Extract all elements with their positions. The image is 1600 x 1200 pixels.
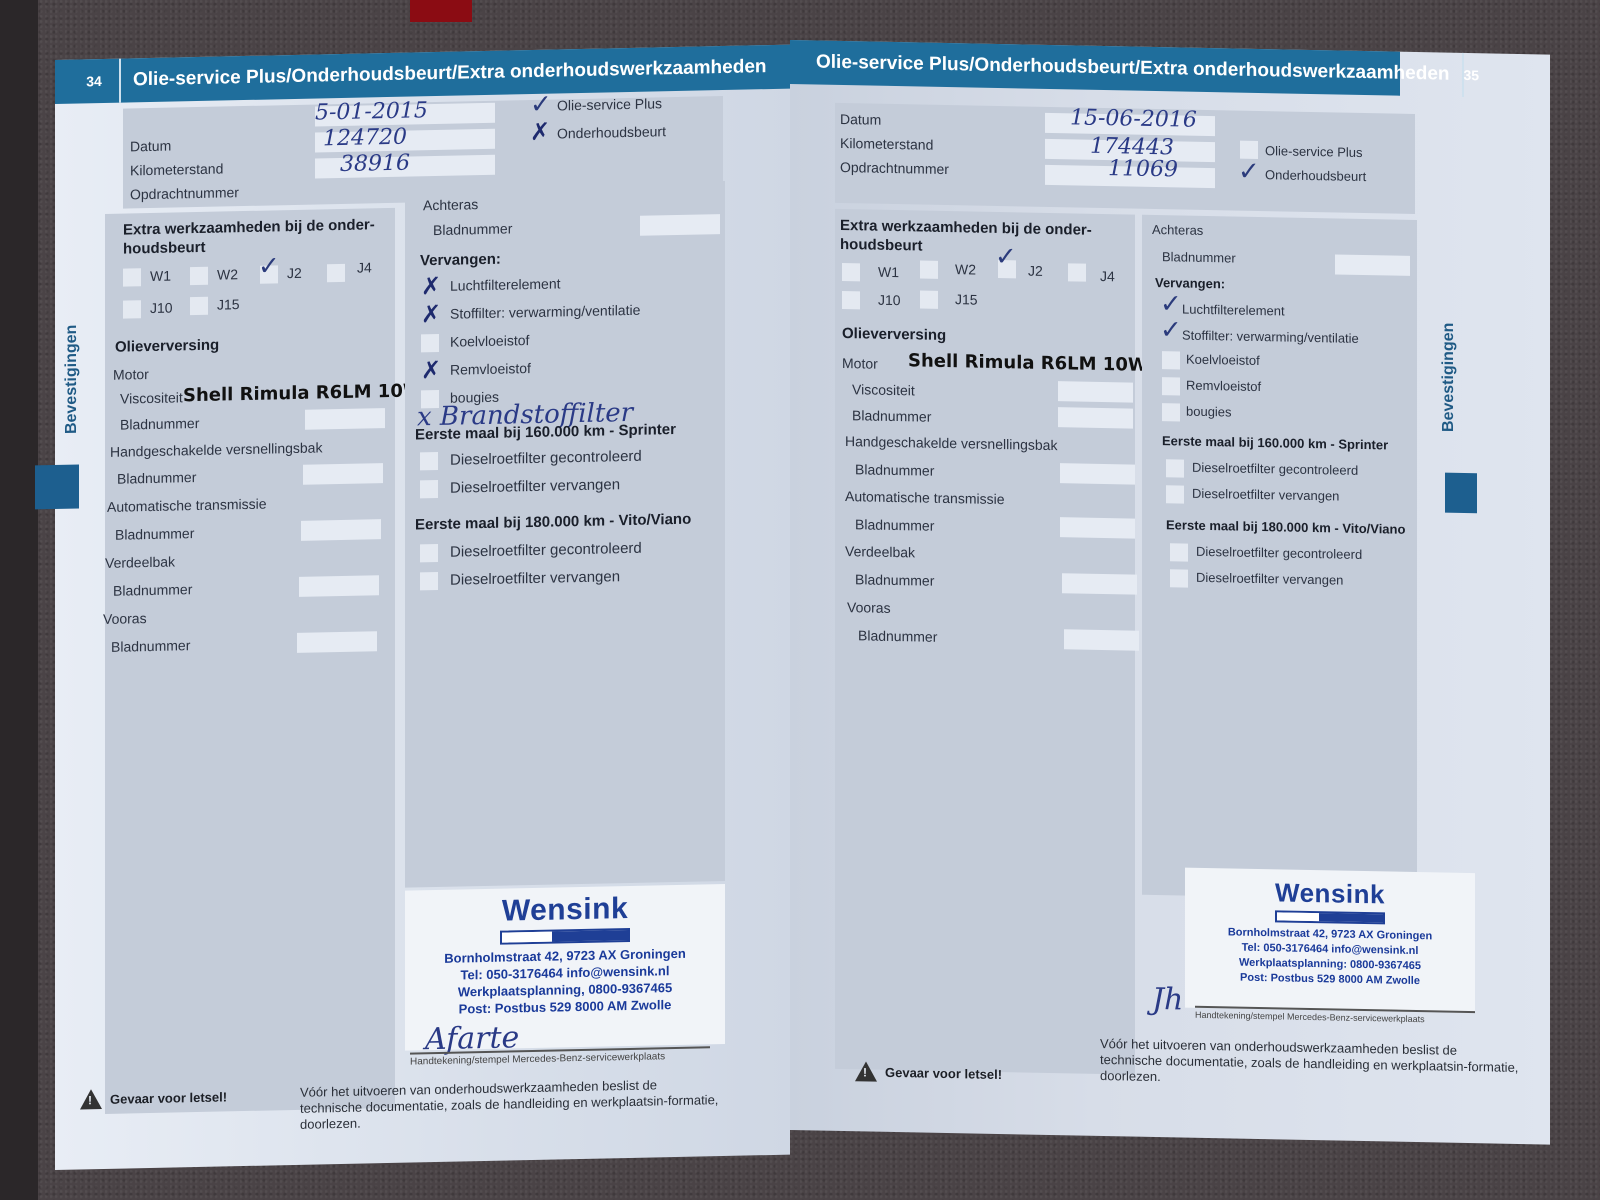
- section-tab-marker: [35, 464, 79, 509]
- option-w1-label: W1: [878, 264, 899, 280]
- checkbox-sprinter-gecontroleerd[interactable]: [1166, 459, 1184, 477]
- option-j15-label: J15: [955, 291, 978, 307]
- checkbox-w2[interactable]: [190, 267, 208, 285]
- achteras-bladnummer-label: Bladnummer: [1162, 249, 1236, 265]
- checkbox-w2[interactable]: [920, 260, 938, 278]
- checkbox-vito-vervangen[interactable]: [1170, 569, 1188, 587]
- page-header: 34 Olie-service Plus/Onderhoudsbeurt/Ext…: [55, 45, 790, 104]
- stamp-brand: Wensink: [405, 890, 725, 931]
- checkbox-j10[interactable]: [842, 291, 860, 309]
- warning: Gevaar voor letsel!: [855, 1061, 1002, 1084]
- page-number: 34: [69, 59, 121, 104]
- koelvloeistof-label: Koelvloeistof: [1186, 352, 1260, 368]
- j2-check-icon: ✓: [258, 253, 280, 279]
- option-j10-label: J10: [878, 292, 901, 308]
- vooras-label: Vooras: [103, 610, 147, 627]
- signature: Jh: [1152, 982, 1183, 1018]
- viscositeit-label: Viscositeit: [120, 389, 183, 406]
- background-shadow: [0, 0, 38, 1200]
- option-j2-label: J2: [1028, 263, 1043, 279]
- vooras-label: Vooras: [847, 599, 891, 616]
- stamp-logo-bar: [500, 928, 630, 945]
- verdeelbak-bladnummer-field[interactable]: [299, 575, 379, 597]
- stoffilter-check-icon[interactable]: ✓: [1160, 317, 1182, 343]
- checkbox-j15[interactable]: [190, 297, 208, 315]
- viscositeit-label: Viscositeit: [852, 381, 915, 398]
- automatische-bladnummer-field[interactable]: [301, 519, 381, 541]
- automatische-bladnummer-label: Bladnummer: [115, 525, 194, 543]
- verdeelbak-bladnummer-label: Bladnummer: [855, 571, 934, 589]
- maintenance-note: Vóór het uitvoeren van onderhoudswerkzaa…: [1100, 1036, 1520, 1092]
- motor-bladnummer-field[interactable]: [305, 408, 385, 430]
- sprinter-gecontroleerd-label: Dieselroetfilter gecontroleerd: [1192, 460, 1358, 478]
- extra-werkzaamheden-title: Extra werkzaamheden bij de onder-houdsbe…: [123, 215, 383, 258]
- remvloeistof-label: Remvloeistof: [450, 360, 531, 378]
- verdeelbak-label: Verdeelbak: [105, 553, 175, 570]
- vooras-bladnummer-label: Bladnummer: [111, 637, 190, 655]
- remvloeistof-label: Remvloeistof: [1186, 378, 1261, 394]
- option-j4-label: J4: [357, 259, 372, 275]
- opdrachtnummer-value: 38916: [340, 151, 410, 177]
- stamp-logo-bar: [1275, 910, 1385, 924]
- olie-service-plus-check-icon[interactable]: ✓: [530, 92, 552, 118]
- onderhoudsbeurt-check-icon[interactable]: ✓: [1238, 159, 1260, 185]
- vito-vervangen-label: Dieselroetfilter vervangen: [1196, 570, 1343, 588]
- opdrachtnummer-label: Opdrachtnummer: [130, 184, 239, 202]
- warning-triangle-icon: [80, 1089, 102, 1109]
- handgeschakelde-bladnummer-label: Bladnummer: [117, 469, 196, 487]
- maintenance-note: Vóór het uitvoeren van onderhoudswerkzaa…: [300, 1076, 720, 1133]
- checkbox-vito-vervangen[interactable]: [420, 572, 438, 590]
- page-title: Olie-service Plus/Onderhoudsbeurt/Extra …: [121, 56, 779, 92]
- warning-text: Gevaar voor letsel!: [110, 1089, 227, 1106]
- checkbox-j15[interactable]: [920, 290, 938, 308]
- handgeschakelde-bladnummer-label: Bladnummer: [855, 461, 934, 479]
- kilometerstand-label: Kilometerstand: [840, 135, 933, 153]
- extra-werkzaamheden-title: Extra werkzaamheden bij de onder-houdsbe…: [840, 216, 1110, 259]
- automatische-label: Automatische transmissie: [845, 488, 1005, 507]
- datum-label: Datum: [130, 138, 171, 155]
- stamp-brand: Wensink: [1185, 876, 1475, 913]
- page-title: Olie-service Plus/Onderhoudsbeurt/Extra …: [804, 51, 1462, 86]
- checkbox-remvloeistof[interactable]: [1162, 377, 1180, 395]
- vooras-bladnummer-label: Bladnummer: [858, 627, 937, 645]
- checkbox-sprinter-vervangen[interactable]: [420, 480, 438, 498]
- verdeelbak-bladnummer-label: Bladnummer: [113, 581, 192, 599]
- datum-value: 5-01-2015: [315, 98, 428, 125]
- kilometerstand-label: Kilometerstand: [130, 160, 223, 178]
- vooras-bladnummer-field[interactable]: [1064, 629, 1139, 650]
- checkbox-koelvloeistof[interactable]: [1162, 351, 1180, 369]
- achteras-bladnummer-field[interactable]: [1335, 254, 1410, 275]
- option-w2-label: W2: [955, 261, 976, 277]
- checkbox-koelvloeistof[interactable]: [421, 334, 439, 352]
- checkbox-j4[interactable]: [1068, 263, 1086, 281]
- achteras-bladnummer-field[interactable]: [640, 214, 720, 236]
- koelvloeistof-label: Koelvloeistof: [450, 332, 529, 350]
- checkbox-j4[interactable]: [327, 264, 345, 282]
- automatische-bladnummer-field[interactable]: [1060, 517, 1135, 538]
- kilometerstand-value: 124720: [323, 125, 407, 152]
- achteras-label: Achteras: [1152, 222, 1203, 238]
- motor-bladnummer-field[interactable]: [1058, 407, 1133, 428]
- luchtfilter-label: Luchtfilterelement: [1182, 302, 1285, 319]
- motor-label: Motor: [842, 355, 878, 372]
- page-35: Olie-service Plus/Onderhoudsbeurt/Extra …: [790, 40, 1550, 1145]
- verdeelbak-label: Verdeelbak: [845, 543, 915, 560]
- checkbox-w1[interactable]: [123, 268, 141, 286]
- dealer-stamp: Wensink Bornholmstraat 42, 9723 AX Groni…: [1185, 868, 1475, 1014]
- checkbox-sprinter-vervangen[interactable]: [1166, 485, 1184, 503]
- checkbox-sprinter-gecontroleerd[interactable]: [420, 452, 438, 470]
- option-j15-label: J15: [217, 296, 240, 312]
- option-j10-label: J10: [150, 300, 173, 316]
- luchtfilter-cross-icon[interactable]: ✗: [421, 274, 441, 298]
- warning: Gevaar voor letsel!: [80, 1086, 227, 1109]
- vito-gecontroleerd-label: Dieselroetfilter gecontroleerd: [1196, 544, 1362, 562]
- vervangen-title: Vervangen:: [420, 251, 501, 270]
- automatische-bladnummer-label: Bladnummer: [855, 516, 934, 534]
- option-w1-label: W1: [150, 268, 171, 284]
- bookmark-ribbon: [410, 0, 472, 22]
- datum-value: 15-06-2016: [1070, 105, 1197, 132]
- option-j2-label: J2: [287, 265, 302, 281]
- checkbox-w1[interactable]: [842, 263, 860, 281]
- olie-service-plus-label: Olie-service Plus: [1265, 143, 1363, 160]
- checkbox-vito-gecontroleerd[interactable]: [420, 544, 438, 562]
- vito-vervangen-label: Dieselroetfilter vervangen: [450, 568, 620, 589]
- motor-bladnummer-label: Bladnummer: [120, 415, 199, 433]
- warning-text: Gevaar voor letsel!: [885, 1064, 1002, 1081]
- luchtfilter-check-icon[interactable]: ✓: [1160, 291, 1182, 317]
- opdrachtnummer-label: Opdrachtnummer: [840, 159, 949, 177]
- motor-bladnummer-label: Bladnummer: [852, 407, 931, 425]
- datum-label: Datum: [840, 111, 881, 128]
- luchtfilter-label: Luchtfilterelement: [450, 275, 561, 293]
- achteras-bladnummer-label: Bladnummer: [433, 220, 512, 238]
- section-tab-label: Bevestigingen: [63, 324, 91, 434]
- remvloeistof-cross-icon[interactable]: ✗: [421, 358, 441, 382]
- olie-service-plus-label: Olie-service Plus: [557, 95, 662, 113]
- automatische-label: Automatische transmissie: [107, 496, 267, 515]
- motor-label: Motor: [113, 366, 149, 383]
- onderhoudsbeurt-label: Onderhoudsbeurt: [557, 123, 666, 141]
- warning-triangle-icon: [855, 1061, 877, 1081]
- section-tab-marker: [1445, 473, 1477, 514]
- opdrachtnummer-value: 11069: [1108, 156, 1178, 182]
- sprinter-vervangen-label: Dieselroetfilter vervangen: [450, 476, 620, 497]
- viscositeit-field[interactable]: [1058, 381, 1133, 402]
- section-tab-label: Bevestigingen: [1440, 322, 1468, 432]
- verdeelbak-bladnummer-field[interactable]: [1062, 573, 1137, 594]
- bougies-label: bougies: [1186, 404, 1232, 420]
- page-header: Olie-service Plus/Onderhoudsbeurt/Extra …: [790, 40, 1400, 96]
- checkbox-bougies[interactable]: [1162, 403, 1180, 421]
- stoffilter-cross-icon[interactable]: ✗: [421, 302, 441, 326]
- achteras-label: Achteras: [423, 196, 478, 213]
- onderhoudsbeurt-cross-icon[interactable]: ✗: [530, 120, 550, 144]
- checkbox-vito-gecontroleerd[interactable]: [1170, 543, 1188, 561]
- onderhoudsbeurt-label: Onderhoudsbeurt: [1265, 167, 1366, 184]
- j2-check-icon: ✓: [995, 244, 1017, 270]
- option-w2-label: W2: [217, 266, 238, 282]
- handgeschakelde-bladnummer-field[interactable]: [303, 463, 383, 485]
- page-34: 34 Olie-service Plus/Onderhoudsbeurt/Ext…: [55, 45, 790, 1170]
- handgeschakelde-bladnummer-field[interactable]: [1060, 463, 1135, 484]
- page-number: 35: [1462, 53, 1480, 97]
- olieverversing-title: Olieverversing: [115, 337, 219, 356]
- vooras-bladnummer-field[interactable]: [297, 631, 377, 653]
- option-j4-label: J4: [1100, 268, 1115, 284]
- olieverversing-title: Olieverversing: [842, 325, 946, 344]
- checkbox-j10[interactable]: [123, 300, 141, 318]
- sprinter-vervangen-label: Dieselroetfilter vervangen: [1192, 486, 1339, 504]
